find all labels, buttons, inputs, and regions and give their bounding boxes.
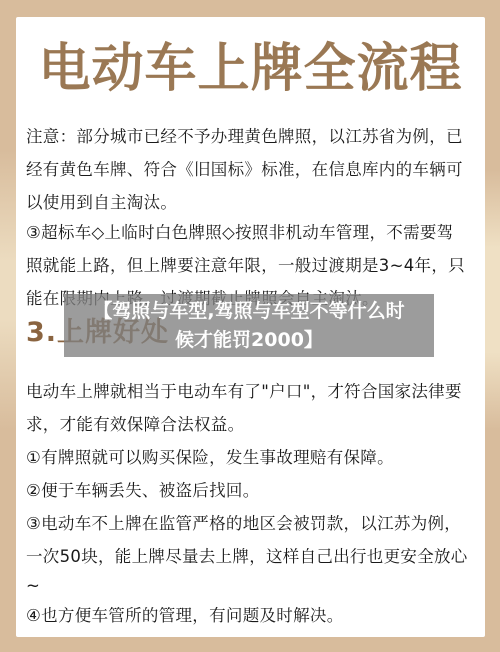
- notice-paragraph: 注意：部分城市已经不予办理黄色牌照，以江苏省为例，已 经有黄色车牌、符合《旧国标…: [26, 120, 476, 219]
- frame-decoration-right: [484, 170, 500, 430]
- caption-line: 候才能罚2000】: [64, 326, 434, 355]
- benefit-item: ①有牌照就可以购买保险，发生事故理赔有保障。: [26, 441, 476, 474]
- benefit-item: ~: [26, 573, 476, 599]
- benefit-item: ③电动车不上牌在监管严格的地区会被罚款，以江苏为例，: [26, 507, 476, 540]
- benefits-intro-line: 求，才能有效保障合法权益。: [26, 408, 476, 441]
- benefit-item: ②便于车辆丢失、被盗后找回。: [26, 474, 476, 507]
- oversize-line: 照就能上路，但上牌要注意年限，一般过渡期是3~4年，只: [26, 249, 476, 282]
- frame-decoration-left: [0, 150, 16, 430]
- notice-line: 经有黄色车牌、符合《旧国标》标准，在信息库内的车辆可: [26, 153, 476, 186]
- caption-line: 【驾照与车型,驾照与车型不等什么时: [64, 297, 434, 326]
- notice-line: 注意：部分城市已经不予办理黄色牌照，以江苏省为例，已: [26, 120, 476, 153]
- benefits-intro-line: 电动车上牌就相当于电动车有了"户口"，才符合国家法律要: [26, 375, 476, 408]
- caption-overlay: 【驾照与车型,驾照与车型不等什么时 候才能罚2000】: [64, 294, 434, 357]
- oversize-line: ③超标车◇上临时白色牌照◇按照非机动车管理，不需要驾: [26, 216, 476, 249]
- page-title: 电动车上牌全流程: [16, 37, 485, 101]
- notice-line: 以使用到自主淘汰。: [26, 186, 476, 219]
- benefit-item: 一次50块，能上牌尽量去上牌，这样自己出行也更安全放心: [26, 540, 476, 573]
- benefit-item: ④也方便车管所的管理，有问题及时解决。: [26, 599, 476, 632]
- benefits-paragraph: 电动车上牌就相当于电动车有了"户口"，才符合国家法律要 求，才能有效保障合法权益…: [26, 375, 476, 632]
